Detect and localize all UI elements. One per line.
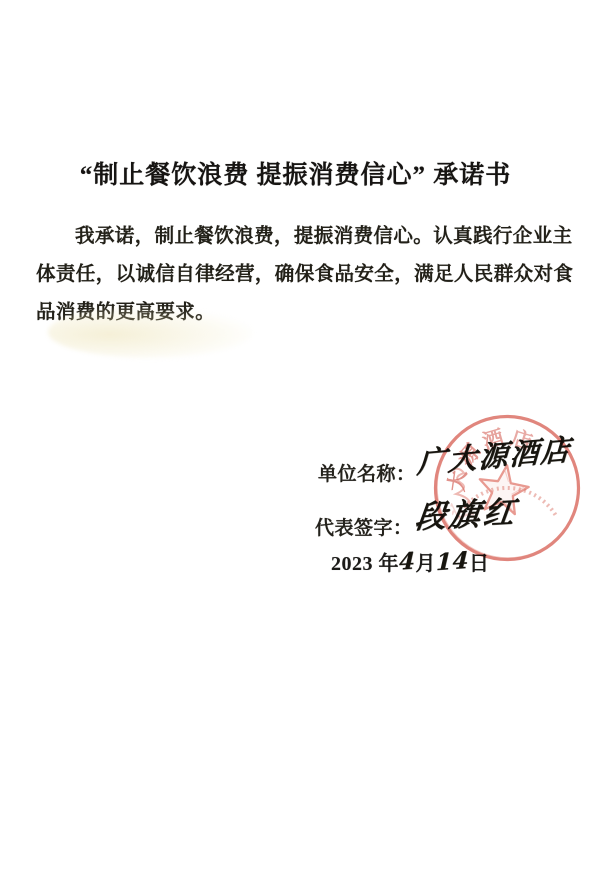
date-day-handwritten: 14 [436, 547, 470, 576]
date-year-printed: 2023 年 [331, 553, 399, 575]
unit-name-row: 单位名称：广大源酒店 [318, 448, 571, 489]
body-paragraph: 我承诺，制止餐饮浪费，提振消费信心。认真践行企业主 体责任，以诚信自律经营，确保… [36, 218, 558, 332]
date-month-handwritten: 4 [399, 547, 416, 575]
scanned-pledge-document: “制止餐饮浪费 提振消费信心” 承诺书 我承诺，制止餐饮浪费，提振消费信心。认真… [0, 0, 591, 886]
signer-label: 代表签字： [315, 518, 413, 539]
body-line: 体责任，以诚信自律经营，确保食品安全，满足人民群众对食 [36, 256, 558, 294]
date-month-label: 月 [416, 553, 437, 575]
body-line: 品消费的更高要求。 [36, 294, 558, 332]
signer-row: 代表签字：段旗红 [315, 498, 515, 543]
signer-signature-handwritten: 段旗红 [413, 486, 520, 537]
page-title: “制止餐饮浪费 提振消费信心” 承诺书 [0, 155, 591, 191]
unit-name-label: 单位名称： [318, 464, 416, 485]
date-day-label: 日 [469, 553, 490, 575]
unit-name-value-handwritten: 广大源酒店 [416, 427, 573, 482]
body-line: 我承诺，制止餐饮浪费，提振消费信心。认真践行企业主 [36, 218, 558, 256]
date-row: 2023 年4月14日 [331, 547, 490, 576]
